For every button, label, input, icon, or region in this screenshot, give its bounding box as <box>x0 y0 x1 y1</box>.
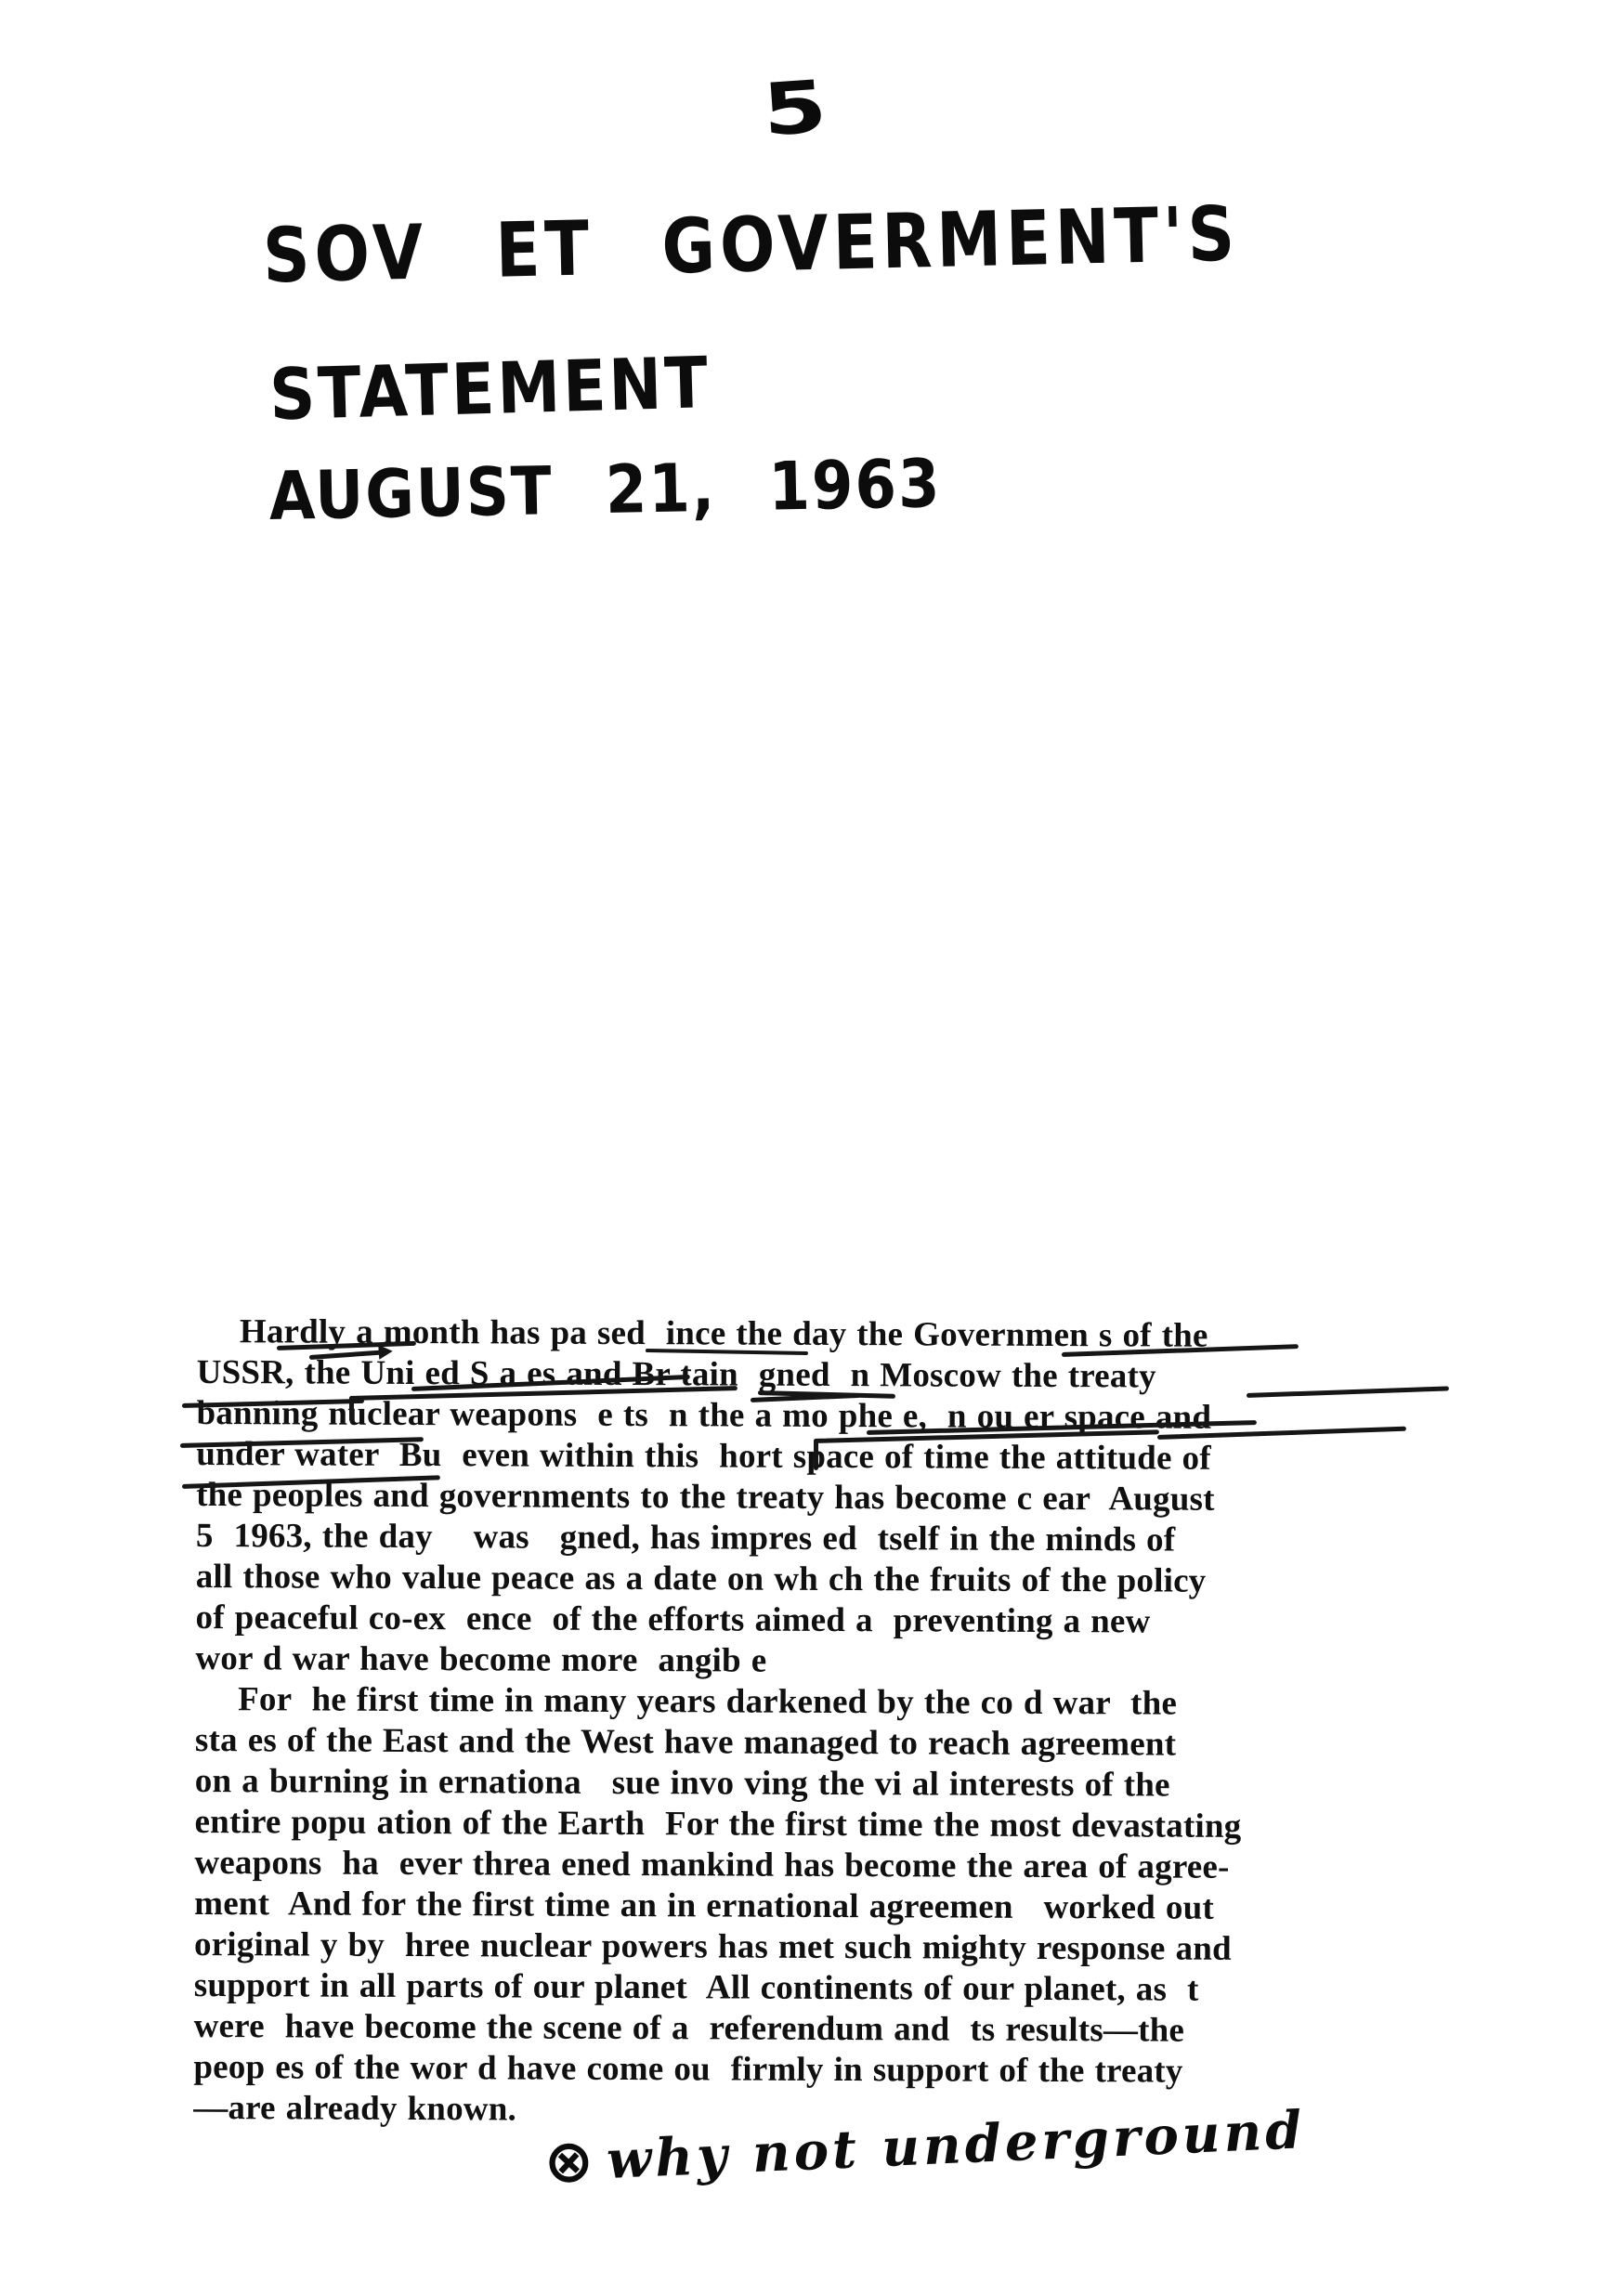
scanned-document-page: 5 SOV ET GOVERMENT'S STATEMENT AUGUST 21… <box>0 0 1619 2296</box>
body-line: 5 1963, the day was gned, has impres ed … <box>196 1516 1470 1562</box>
body-line: on a burning in ernationa sue invo ving … <box>195 1761 1469 1807</box>
body-line: peop es of the wor d have come ou firmly… <box>193 2047 1468 2094</box>
body-line: For he first time in many years darkened… <box>195 1679 1469 1726</box>
body-line: original y by hree nuclear powers has me… <box>194 1924 1469 1971</box>
handwritten-title-line-3: AUGUST 21, 1963 <box>268 446 942 536</box>
body-line: weapons ha ever threa ened mankind has b… <box>194 1843 1469 1889</box>
handwritten-title-line-1: SOV ET GOVERMENT'S <box>262 189 1240 300</box>
body-line: of peaceful co-ex ence of the efforts ai… <box>195 1598 1469 1644</box>
pen-tick-mark <box>349 1396 354 1422</box>
body-line: wor d war have become more angib e <box>195 1638 1469 1685</box>
body-line: sta es of the East and the West have man… <box>195 1720 1469 1767</box>
handwritten-page-number: 5 <box>760 64 829 152</box>
circled-x-icon: ⊗ <box>542 2127 595 2198</box>
body-line: were have become the scene of a referend… <box>194 2006 1469 2053</box>
handwritten-title-line-2: STATEMENT <box>268 343 712 437</box>
body-line: the peoples and governments to the treat… <box>196 1475 1470 1521</box>
pen-tick-mark <box>814 1439 818 1470</box>
body-line: support in all parts of our planet All c… <box>194 1965 1469 2012</box>
body-line: entire popu ation of the Earth For the f… <box>195 1802 1469 1848</box>
body-line: all those who value peace as a date on w… <box>196 1557 1470 1603</box>
body-line: ment And for the first time an in ernati… <box>194 1884 1469 1930</box>
